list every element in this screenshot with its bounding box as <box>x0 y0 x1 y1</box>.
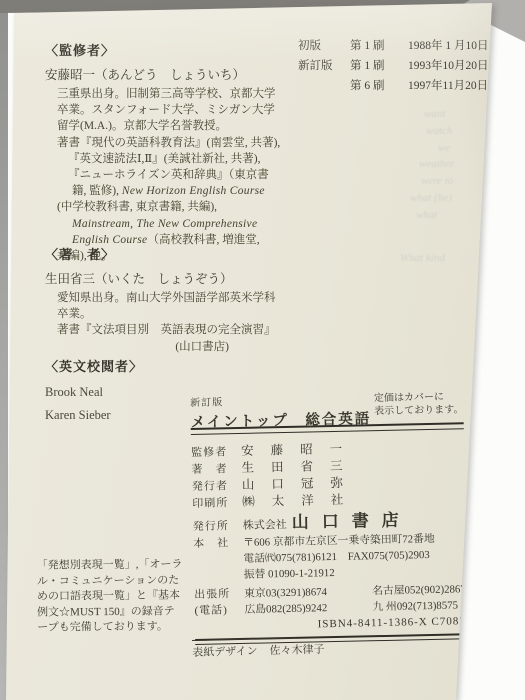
show-through-text: want <box>424 108 445 120</box>
addresses: 本 社 〒606 京都市左京区一乗寺築田町72番地 電話㈹075(781)612… <box>193 530 468 619</box>
photo-background: want watch we weather were to what (be) … <box>0 0 525 700</box>
price-note-line: 表示しております。 <box>374 403 463 418</box>
printing-label: 第 6 刷 <box>350 76 408 96</box>
branch-nagoya: 名古屋052(902)2867 <box>372 581 466 599</box>
show-through-text: what <box>416 209 437 221</box>
tape-note-line: 例文☆MUST 150』の録音テ <box>37 604 189 621</box>
edition-history-row: 第 6 刷 1997年11月20日 <box>298 76 489 96</box>
show-through-text: weather <box>419 158 454 170</box>
edition-history: 初版 第 1 刷 1988年 1 月10日 新訂版 第 1 刷 1993年10月… <box>298 36 489 96</box>
supervisor-name: 安藤昭一（あんどう しょういち） <box>45 65 285 83</box>
works-line: 著書『文法項目別 英語表現の完全演習』 <box>57 322 285 338</box>
credit-role: 印刷所 <box>192 493 242 510</box>
author-name: 生田省三（いくた しょうぞう） <box>45 269 285 287</box>
edition-history-row: 初版 第 1 刷 1988年 1 月10日 <box>298 36 489 56</box>
printing-date: 1988年 1 月10日 <box>408 36 489 56</box>
bio-line: 愛知県出身。南山大学外国語学部英米学科 <box>57 290 285 306</box>
postal-transfer: 振替 01090-1-21912 <box>244 565 335 583</box>
show-through-text: What kind <box>400 252 445 264</box>
branch-hiroshima: 広島082(285)9242 <box>244 599 372 618</box>
section-heading-author: 〈著 者〉 <box>45 244 285 263</box>
printing-label: 第 1 刷 <box>350 36 408 56</box>
supervisor-section: 〈監修者〉 安藤昭一（あんどう しょういち） 三重県出身。旧制第三高等学校、京都… <box>45 40 285 264</box>
show-through-text: watch <box>426 125 452 137</box>
edition-history-row: 新訂版 第 1 刷 1993年10月20日 <box>298 56 489 76</box>
works-line: Mainstream, The New Comprehensive <box>72 216 285 232</box>
proofreader-section: 〈英文校閲者〉 Brook Neal Karen Sieber <box>45 356 143 427</box>
credit-role: 著 者 <box>191 459 241 476</box>
works-line: (中学校教科書, 東京書籍, 共編), <box>57 199 285 215</box>
credit-role: 発行所 <box>193 516 243 533</box>
works-line: 著書『現代の英語科教育法』(南雲堂, 共著), <box>57 135 285 151</box>
branch-label: 出張所 <box>194 585 244 602</box>
edition-label: 初版 <box>298 36 350 56</box>
bio-line: 三重県出身。旧制第三高等学校、京都大学 <box>57 86 285 102</box>
edition-label <box>298 76 350 96</box>
colophon-header: 新訂版 メイントップ 総合英語 定価はカバーに 表示しております。 <box>190 388 464 428</box>
price-note: 定価はカバーに 表示しております。 <box>374 390 464 418</box>
branch-phone-label: (電話) <box>194 601 244 618</box>
publisher-prefix: 株式会社 <box>243 516 287 533</box>
book-page: want watch we weather were to what (be) … <box>0 0 525 700</box>
tape-note-line: ル・コミュニケーションのた <box>37 573 189 590</box>
credit-role: 発行者 <box>192 476 242 493</box>
tape-note: 「発想別表現一覧」,「オーラ ル・コミュニケーションのた めの口語表現一覧」と『… <box>37 557 190 636</box>
section-heading-supervisor: 〈監修者〉 <box>45 40 285 59</box>
show-through-text: what (be) <box>410 192 452 204</box>
show-through-text: we <box>438 142 450 154</box>
works-line: 『ニューホライズン英和辞典』（東京書 <box>68 167 285 183</box>
works-jp: 籍, 監修), <box>72 185 122 197</box>
isbn: ISBN4-8411-1386-X C7082 <box>195 615 468 636</box>
bio-line: 卒業。スタンフォード大学、ミシガン大学 <box>57 102 285 118</box>
works-publisher: (山口書店) <box>57 339 229 355</box>
works-en: New Horizon English Course <box>122 185 265 197</box>
printing-label: 第 1 刷 <box>350 56 408 76</box>
works-line: 『英文速読法Ⅰ,Ⅱ』(美誠社新社, 共著), <box>68 151 285 167</box>
address-label <box>194 561 244 562</box>
designer-label: 表紙デザイン <box>192 642 258 660</box>
author-section: 〈著 者〉 生田省三（いくた しょうぞう） 愛知県出身。南山大学外国語学部英米学… <box>45 244 285 355</box>
branch-kyushu: 九 州092(713)8575 <box>372 597 458 615</box>
printing-date: 1993年10月20日 <box>408 56 489 76</box>
tape-note-line: ープも完備しております。 <box>37 620 189 637</box>
printing-date: 1997年11月20日 <box>408 76 488 96</box>
show-through-text: were to <box>421 175 453 187</box>
book-page-wrap: want watch we weather were to what (be) … <box>0 0 525 700</box>
address-label <box>194 577 244 578</box>
tape-note-line: めの口語表現一覧」と『基本 <box>37 589 189 606</box>
designer-name: 佐々木律子 <box>269 641 324 658</box>
colophon: 新訂版 メイントップ 総合英語 定価はカバーに 表示しております。 監修者 安藤… <box>190 388 468 645</box>
designer-credit: 表紙デザイン 佐々木律子 <box>192 637 325 660</box>
bio-line: 留学(M.A.)。京都大学名誉教授。 <box>57 118 285 134</box>
edition-label: 新訂版 <box>298 56 350 76</box>
tape-note-line: 「発想別表現一覧」,「オーラ <box>37 557 189 574</box>
proofreader-name: Karen Sieber <box>45 404 143 427</box>
proofreader-name: Brook Neal <box>45 381 143 404</box>
section-heading-proofreaders: 〈英文校閲者〉 <box>45 356 143 375</box>
works-line: 籍, 監修), New Horizon English Course <box>72 183 285 199</box>
credit-role: 監修者 <box>191 442 241 459</box>
credits: 監修者 安藤昭一 著 者 生田省三 発行者 山口冠弥 印刷所 ㈱太洋社 発行所 <box>191 436 466 531</box>
bio-line: 卒業。 <box>57 306 285 322</box>
address-label: 本 社 <box>193 534 243 551</box>
publisher-name: 山口書店 <box>291 505 411 533</box>
